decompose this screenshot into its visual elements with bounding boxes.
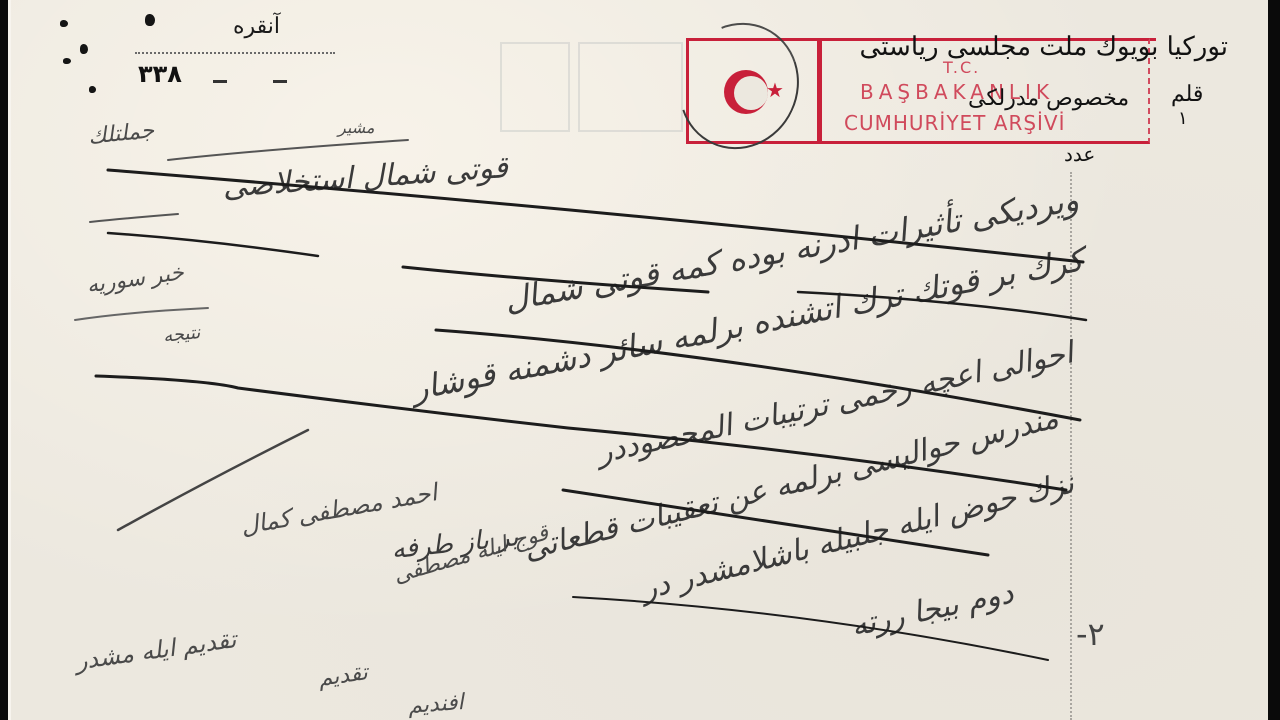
ghost-box — [500, 42, 570, 132]
adet-label: عدد — [1064, 142, 1095, 166]
kalem-value: مخصوص مدرلكی — [968, 86, 1129, 111]
kalem-label: قلم — [1171, 82, 1203, 107]
place-name: آنقره — [233, 14, 280, 39]
right-scan-border — [1268, 0, 1280, 720]
margin-note: تقديم — [317, 660, 370, 692]
ink-blot — [60, 20, 68, 27]
hand-drawn-oval — [658, 3, 819, 169]
margin-note: مشير — [338, 118, 375, 137]
date-dash — [213, 80, 227, 83]
margin-note: جملتلك — [87, 118, 155, 150]
date-dash — [273, 80, 287, 83]
margin-note: تقديم ايله مشدر — [74, 625, 238, 675]
ink-blot — [63, 58, 71, 64]
signature: احمد مصطفی كمال — [239, 478, 440, 540]
ink-blot — [89, 86, 96, 93]
body-line: دوم بيجا ررته — [848, 575, 1016, 644]
left-scan-border — [0, 0, 8, 720]
paper-edge — [8, 0, 11, 720]
stamp-cumhuriyet-arsivi: CUMHURİYET ARŞİVİ — [844, 111, 1066, 135]
ink-blot — [80, 44, 88, 54]
document-page: آنقره ٣٣٨ ★ T.C. BAŞBAKANLIK CUMHURİYET … — [8, 0, 1268, 720]
kalem-number: ١ — [1178, 108, 1188, 129]
ink-blot — [145, 14, 155, 26]
letterhead-title: توركيا بويوك ملت مجلسی رياستی — [860, 32, 1228, 62]
ghost-box — [578, 42, 683, 132]
margin-note: افنديم — [407, 690, 464, 719]
body-line: قوتی شمال استخلاصی — [222, 150, 510, 205]
header-rule — [135, 52, 335, 56]
year-number: ٣٣٨ — [138, 60, 182, 88]
margin-note: خبر سوريه — [85, 260, 185, 298]
margin-note: نتيجه — [162, 322, 201, 347]
page-number: -٢ — [1076, 615, 1105, 653]
